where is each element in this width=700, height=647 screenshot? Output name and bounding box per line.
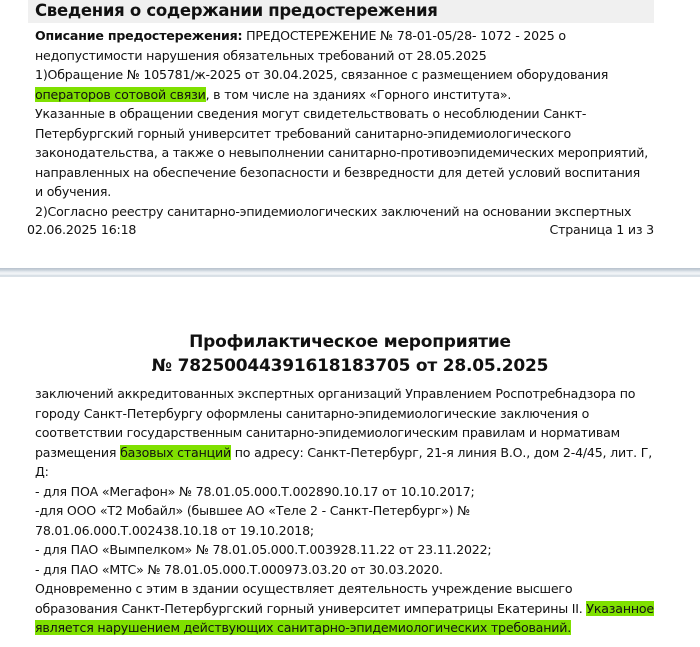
title-line-1: Профилактическое мероприятие [0, 330, 700, 354]
item-1: 1)Обращение № 105781/ж-2025 от 30.04.202… [35, 65, 650, 104]
section-title: Сведения о содержании предостережения [35, 1, 438, 20]
conclusions-paragraph: заключений аккредитованных экспертных ор… [35, 384, 655, 482]
list-item: -для ООО «Т2 Мобайл» (бывшее АО «Теле 2 … [35, 501, 655, 540]
description-label: Описание предостережения: [35, 28, 242, 43]
explanation-paragraph: Указанные в обращении сведения могут сви… [35, 104, 650, 202]
highlighted-text: базовых станций [120, 445, 231, 460]
document-page-2-body: заключений аккредитованных экспертных ор… [35, 384, 655, 638]
page-separator [0, 268, 700, 277]
list-item: - для ПОА «Мегафон» № 78.01.05.000.Т.002… [35, 482, 655, 502]
page-2-title: Профилактическое мероприятие № 782500443… [0, 330, 700, 378]
list-item: - для ПАО «Вымпелком» № 78.01.05.000.Т.0… [35, 540, 655, 560]
item-1-text-end: , в том числе на зданиях «Горного инстит… [206, 87, 512, 102]
item-2: 2)Согласно реестру санитарно-эпидемиолог… [35, 202, 650, 222]
violation-paragraph: Одновременно с этим в здании осуществляе… [35, 579, 655, 638]
warning-description: Описание предостережения: ПРЕДОСТЕРЕЖЕНИ… [35, 26, 650, 221]
title-line-2: № 78250044391618183705 от 28.05.2025 [0, 354, 700, 378]
section-header: Сведения о содержании предостережения [28, 0, 654, 23]
footer-page-number: Страница 1 из 3 [550, 222, 654, 237]
item-1-text: 1)Обращение № 105781/ж-2025 от 30.04.202… [35, 67, 608, 82]
description-paragraph: Описание предостережения: ПРЕДОСТЕРЕЖЕНИ… [35, 26, 650, 65]
violation-text: Одновременно с этим в здании осуществляе… [35, 581, 586, 616]
document-page-1: Сведения о содержании предостережения Оп… [0, 0, 700, 262]
highlighted-text: операторов сотовой связи [35, 87, 206, 102]
footer-date: 02.06.2025 16:18 [27, 222, 136, 237]
list-item: - для ПАО «МТС» № 78.01.05.000.Т.000973.… [35, 560, 655, 580]
